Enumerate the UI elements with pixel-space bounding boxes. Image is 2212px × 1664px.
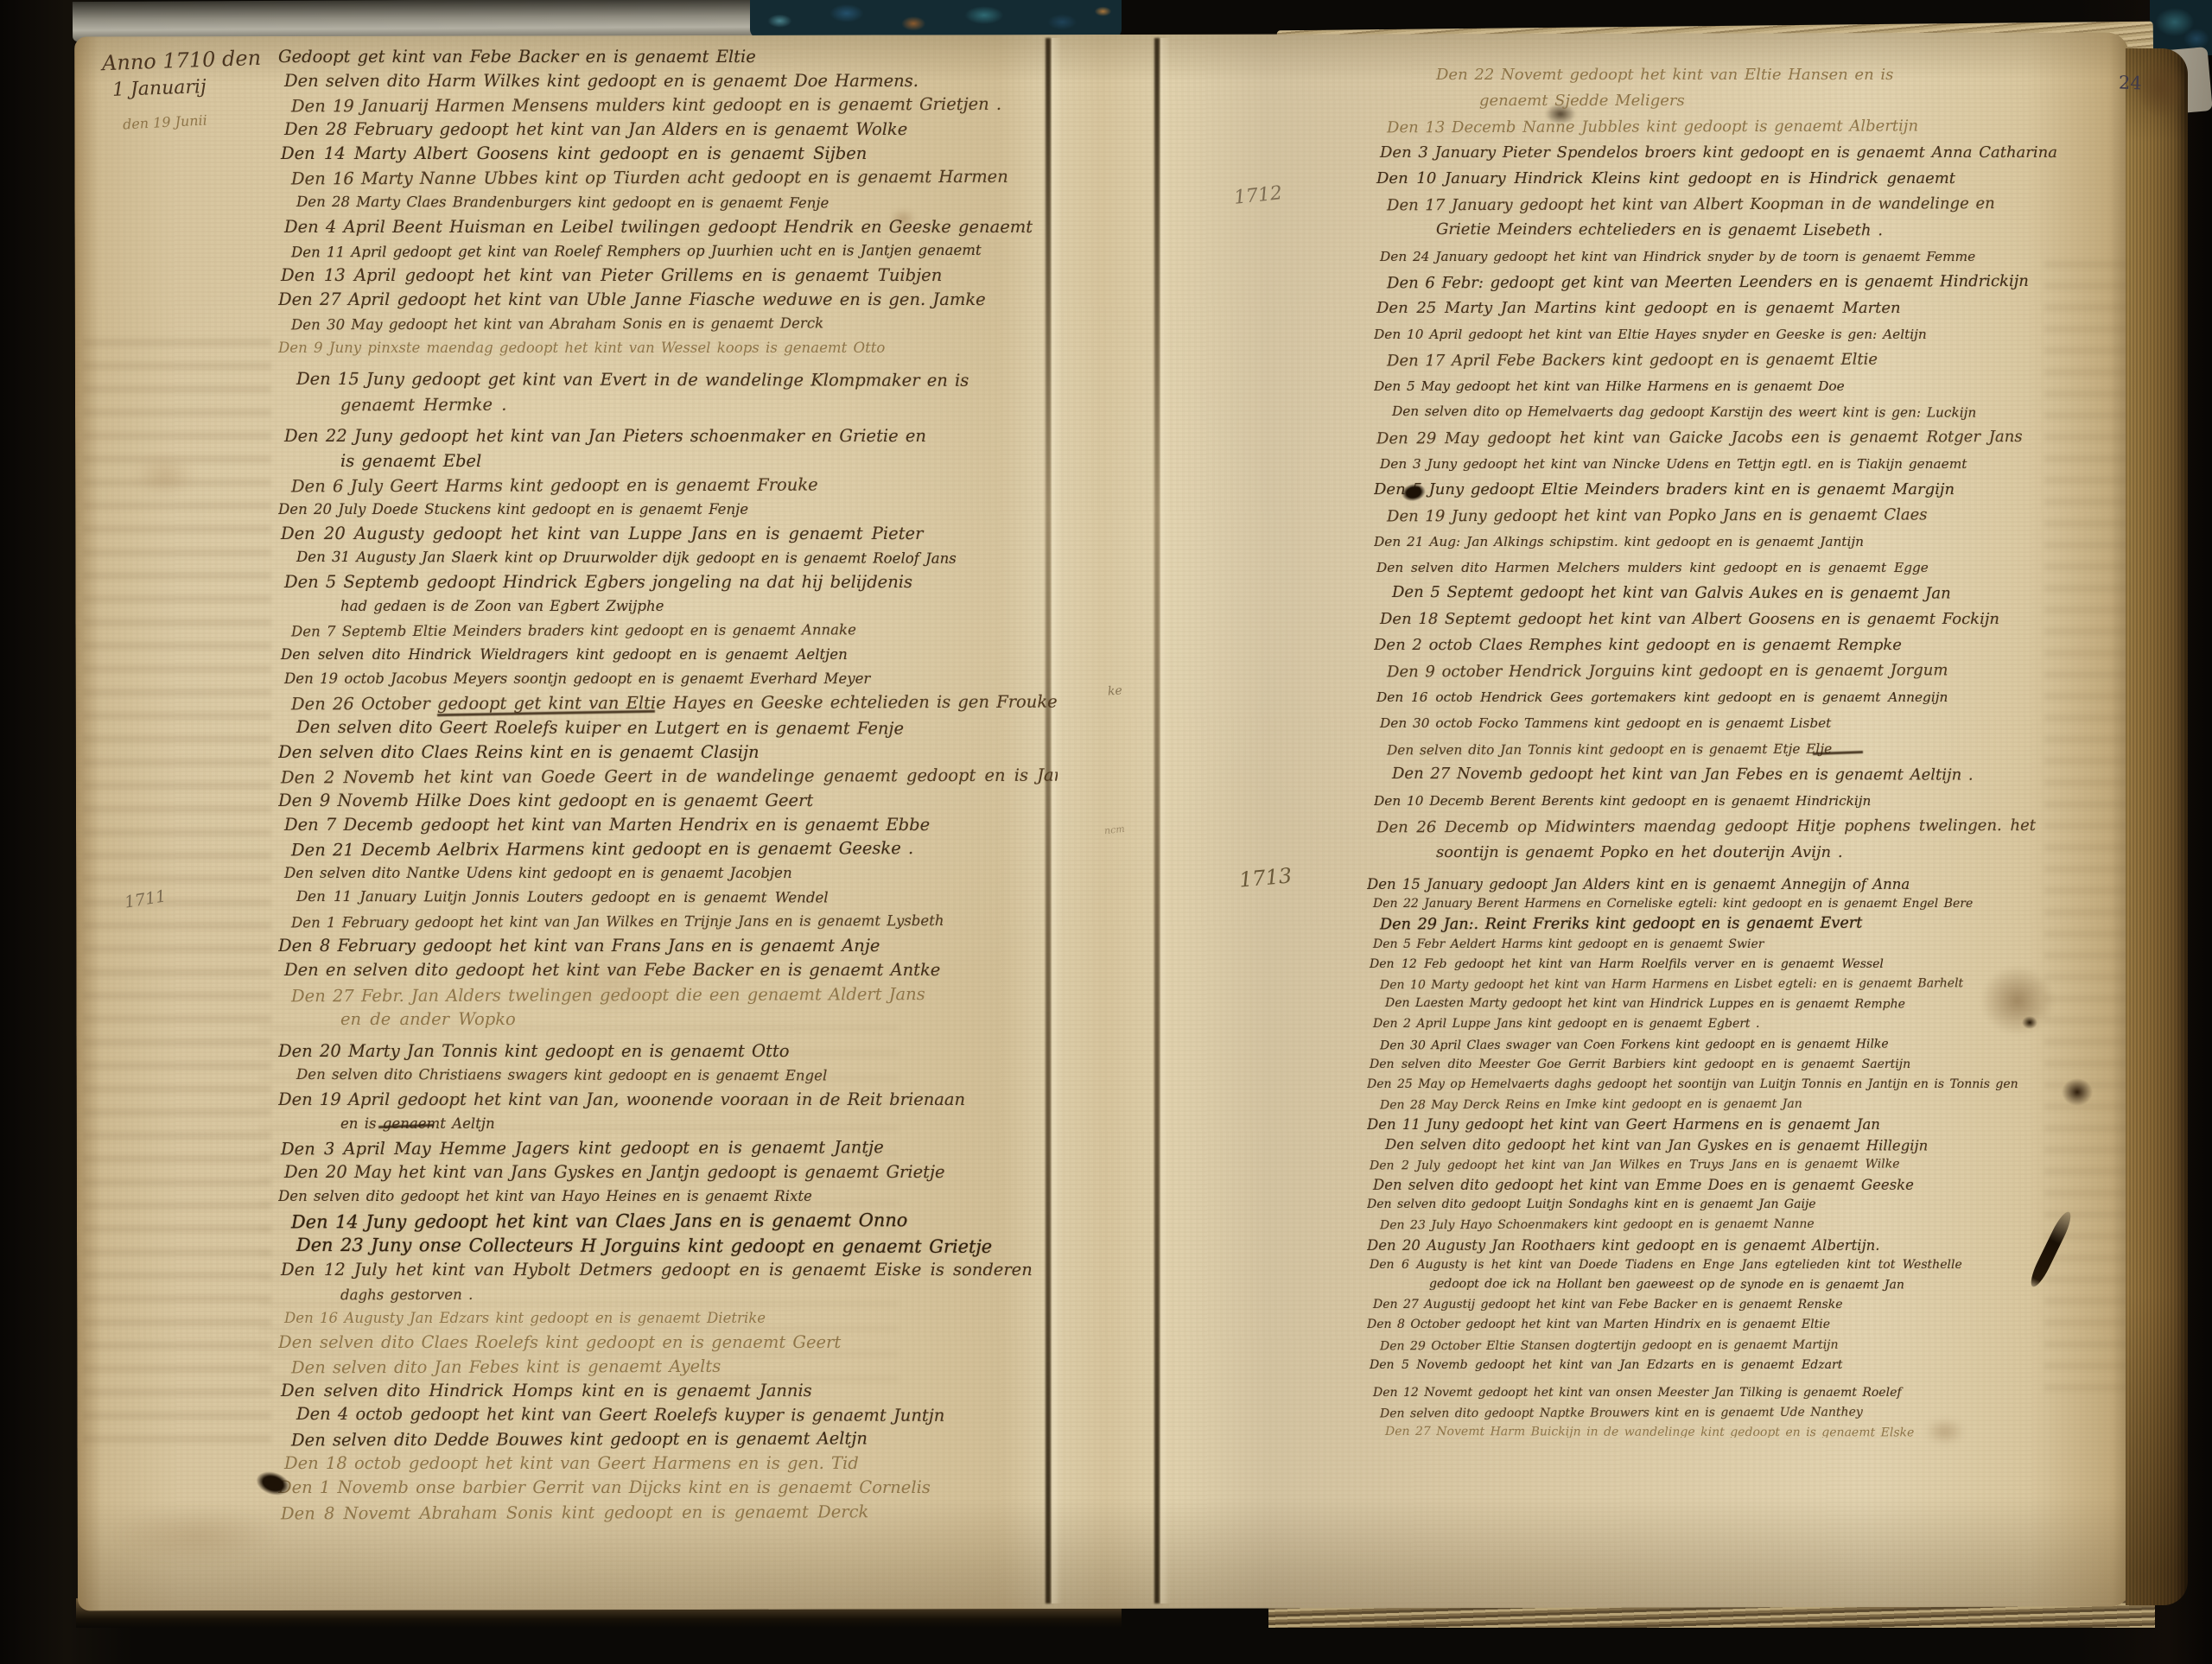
- right-page-entries-1713: Den 15 January gedoopt Jan Alders kint e…: [1367, 874, 2129, 1438]
- register-entry: Den 27 April gedoopt het kint van Uble J…: [278, 288, 1058, 312]
- register-entry: Den 2 April Luppe Jans kint gedoopt en i…: [1373, 1014, 2129, 1034]
- register-entry: Den 2 July gedoopt het kint van Jan Wilk…: [1370, 1153, 2129, 1176]
- register-entry: Den 21 Aug: Jan Alkings schipstim. kint …: [1374, 529, 2129, 555]
- register-entry: Den 18 octob gedoopt het kint van Geert …: [284, 1451, 1058, 1476]
- register-entry: gedoopt doe ick na Hollant ben gaeweest …: [1429, 1274, 2129, 1296]
- register-entry: Den 22 January Berent Harmens en Corneli…: [1373, 894, 2129, 914]
- register-entry: Den 12 Feb gedoopt het kint van Harm Roe…: [1370, 955, 2129, 975]
- register-entry: Den selven dito op Hemelvaerts dag gedoo…: [1392, 398, 2129, 426]
- register-entry: Den 26 October gedoopt get kint van Elti…: [291, 690, 1058, 717]
- register-entry: Den 18 Septemt gedoopt het kint van Albe…: [1380, 607, 2129, 632]
- register-entry: Den 8 February gedoopt het kint van Fran…: [278, 934, 1058, 958]
- register-entry: Den selven dito Claes Reins kint en is g…: [278, 740, 1058, 765]
- register-entry: Den selven dito gedoopt het kint van Hay…: [278, 1184, 1058, 1209]
- register-entry: en de ander Wopko: [340, 1007, 1058, 1032]
- right-page-entries-1712: Den 22 Novemt gedoopt het kint van Eltie…: [1374, 62, 2129, 873]
- register-entry: Den 19 Januarij Harmen Mensens mulders k…: [291, 92, 1058, 119]
- register-entry: Den 6 Augusty is het kint van Doede Tiad…: [1370, 1255, 2129, 1275]
- register-entry: Den 12 Novemt gedoopt het kint van onsen…: [1373, 1383, 2129, 1403]
- register-entry: Den selven dito Christiaens swagers kint…: [296, 1063, 1058, 1089]
- register-entry: Den selven dito Harm Wilkes kint gedoopt…: [284, 69, 1058, 93]
- register-entry: Den 7 Decemb gedoopt het kint van Marten…: [284, 813, 1058, 837]
- register-entry: Den 3 Juny gedoopt het kint van Nincke U…: [1380, 451, 2129, 477]
- register-entry: daghs gestorven .: [340, 1280, 1058, 1307]
- register-entry: Den Laesten Marty gedoopt het kint van H…: [1385, 994, 2129, 1015]
- register-entry: Den 29 October Eltie Stansen dogtertijn …: [1380, 1334, 2129, 1356]
- page-stack-fore-edge: [2126, 48, 2188, 1605]
- register-entry: Den 27 Febr. Jan Alders twelingen gedoop…: [291, 981, 1058, 1008]
- register-entry: Den 11 April gedoopt get kint van Roelef…: [291, 238, 1058, 264]
- register-entry: Den 14 Juny gedoopt het kint van Claes J…: [291, 1208, 1058, 1235]
- gutter-crease-highlight: [1160, 38, 1171, 1604]
- register-entry: Den 15 Juny gedoopt get kint van Evert i…: [296, 367, 1058, 393]
- register-entry: Den 22 Juny gedoopt het kint van Jan Pie…: [284, 424, 1058, 448]
- year-marginal-1713: 1713: [1238, 863, 1293, 892]
- register-entry: Den 1 Novemb onse barbier Gerrit van Dij…: [278, 1476, 1058, 1500]
- register-entry: Den selven dito Hindrick Wieldragers kin…: [281, 643, 1058, 667]
- register-entry: Den selven dito Jan Febes kint is genaem…: [291, 1354, 1058, 1381]
- register-entry: Den 6 July Geert Harms kint gedoopt en i…: [291, 472, 1058, 499]
- marbled-cover-fragment: [750, 0, 1122, 38]
- register-entry: Den 8 Novemt Abraham Sonis kint gedoopt …: [281, 1499, 1058, 1526]
- register-entry: Den 5 Febr Aeldert Harms kint gedoopt en…: [1373, 935, 2129, 955]
- register-entry: Den 26 Decemb op Midwinters maendag gedo…: [1376, 813, 2129, 842]
- register-entry: Den 15 January gedoopt Jan Alders kint e…: [1367, 874, 2129, 894]
- register-entry: Den selven dito gedoopt het kint van Jan…: [1385, 1134, 2129, 1156]
- register-entry: Den 27 Novemb gedoopt het kint van Jan F…: [1392, 761, 2129, 789]
- register-entry: Den 7 Septemb Eltie Meinders braders kin…: [291, 618, 1058, 645]
- register-entry: Den 6 Febr: gedoopt get kint van Meerten…: [1387, 269, 2129, 297]
- register-entry: Den 13 April gedoopt het kint van Pieter…: [281, 264, 1058, 288]
- register-entry: Den 16 octob Hendrick Gees gortemakers k…: [1376, 684, 2129, 710]
- register-entry: Den 8 October gedoopt het kint van Marte…: [1367, 1315, 2129, 1335]
- register-entry: soontijn is genaemt Popko en het douteri…: [1436, 840, 2129, 866]
- register-entry: Den selven dito gedoopt het kint van Emm…: [1373, 1175, 2129, 1195]
- register-entry: genaemt Sjedde Meligers: [1479, 88, 2129, 114]
- register-entry: Den 28 February gedoopt het kint van Jan…: [284, 117, 1058, 142]
- register-entry: Den 13 Decemb Nanne Jubbles kint gedoopt…: [1387, 113, 2129, 142]
- register-entry: Den selven dito gedoopt Luitjn Sondaghs …: [1367, 1195, 2129, 1215]
- register-entry: Den 9 Juny pinxste maendag gedoopt het k…: [278, 336, 1058, 360]
- register-entry: Den 30 octob Focko Tammens kint gedoopt …: [1380, 710, 2129, 736]
- register-entry: Den 25 May op Hemelvaerts daghs gedoopt …: [1367, 1075, 2129, 1095]
- register-entry: is genaemt Ebel: [340, 449, 1058, 473]
- register-entry: Den 5 Novemb gedoopt het kint van Jan Ed…: [1370, 1356, 2129, 1375]
- register-entry: Den 4 April Beent Huisman en Leibel twil…: [284, 215, 1058, 239]
- gutter-scribble: ncm: [1103, 823, 1125, 836]
- baptism-register-scan: Anno 1710 den 1 Januarij den 19 Junii 17…: [0, 0, 2212, 1664]
- register-entry: Den 25 Marty Jan Martins kint gedoopt en…: [1376, 295, 2129, 321]
- register-entry: Den 29 May gedoopt het kint van Gaicke J…: [1376, 424, 2129, 453]
- register-entry: Den 17 January gedoopt het kint van Albe…: [1387, 191, 2129, 219]
- register-entry: Den 16 Augusty Jan Edzars kint gedoopt e…: [284, 1306, 1058, 1331]
- register-entry: Den 20 Augusty Jan Roothaers kint gedoop…: [1367, 1235, 2129, 1255]
- register-entry: Den 20 May het kint van Jans Gyskes en J…: [284, 1160, 1058, 1184]
- register-entry: Den 4 octob gedoopt het kint van Geert R…: [296, 1402, 1058, 1428]
- register-entry: en is genaemt Aeltjn: [340, 1112, 1058, 1136]
- register-entry: Den 5 Juny gedoopt Eltie Meinders brader…: [1374, 477, 2129, 503]
- register-entry: Den 17 April Febe Backers kint gedoopt e…: [1387, 346, 2129, 375]
- register-entry: Den 20 Marty Jan Tonnis kint gedoopt en …: [278, 1039, 1058, 1064]
- left-page-entries: Gedoopt get kint van Febe Backer en is g…: [278, 45, 1058, 1536]
- anno-date-heading: 1 Januarij: [112, 76, 207, 101]
- register-entry: Den 30 May gedoopt het kint van Abraham …: [291, 311, 1058, 338]
- register-entry: Den 21 Decemb Aelbrix Harmens kint gedoo…: [291, 836, 1058, 863]
- register-entry: Den 31 Augusty Jan Slaerk kint op Druurw…: [296, 545, 1058, 571]
- gutter-scribble: ke: [1107, 683, 1122, 698]
- register-entry: Den 16 Marty Nanne Ubbes kint op Tiurden…: [291, 165, 1058, 192]
- register-entry: Den 28 Marty Claes Brandenburgers kint g…: [296, 189, 1058, 215]
- register-entry: Den 12 July het kint van Hybolt Detmers …: [281, 1258, 1058, 1282]
- register-entry: Den 11 January Luitjn Jonnis Louters ged…: [296, 885, 1058, 911]
- register-entry: Den 23 July Hayo Schoenmakers kint gedoo…: [1380, 1214, 2129, 1236]
- register-entry: Den 19 Juny gedoopt het kint van Popko J…: [1387, 502, 2129, 530]
- register-entry: Den 27 Augustij gedoopt het kint van Feb…: [1373, 1295, 2129, 1315]
- register-entry: Den 30 April Claes swager van Coen Forke…: [1380, 1033, 2129, 1056]
- register-entry: Den selven dito Jan Tonnis kint gedoopt …: [1387, 735, 2129, 764]
- register-entry: Den 2 Novemb het kint van Goede Geert in…: [281, 763, 1058, 790]
- register-entry: Den selven dito Geert Roelefs kuiper en …: [296, 715, 1058, 740]
- register-entry: Den 9 Novemb Hilke Does kint gedoopt en …: [278, 789, 1058, 813]
- register-entry: Den 10 April gedoopt het kint van Eltie …: [1374, 321, 2129, 347]
- register-entry: Den 1 February gedoopt het kint van Jan …: [291, 909, 1058, 936]
- register-entry: Den 20 July Doede Stuckens kint gedoopt …: [278, 498, 1058, 522]
- register-entry: Den 22 Novemt gedoopt het kint van Eltie…: [1436, 62, 2129, 88]
- register-entry: Den 10 Marty gedoopt het kint van Harm H…: [1380, 974, 2129, 996]
- register-entry: Den 5 Septemb gedoopt Hindrick Egbers jo…: [284, 570, 1058, 594]
- register-entry: Den 19 octob Jacobus Meyers soontjn gedo…: [284, 667, 1058, 691]
- register-entry: Den 20 Augusty gedoopt het kint van Lupp…: [281, 522, 1058, 546]
- register-entry: Den 9 october Hendrick Jorguins kint ged…: [1387, 657, 2129, 686]
- register-entry: Den en selven dito gedoopt het kint van …: [284, 958, 1058, 982]
- register-entry: Den 28 May Derck Reins en Imke kint gedo…: [1380, 1094, 2129, 1116]
- register-entry: Den selven dito Harmen Melchers mulders …: [1376, 555, 2129, 581]
- register-entry: Den 19 April gedoopt het kint van Jan, w…: [278, 1088, 1058, 1112]
- register-entry: Den 3 January Pieter Spendelos broers ki…: [1380, 140, 2129, 166]
- register-entry: Den selven dito Dedde Bouwes kint gedoop…: [291, 1426, 1058, 1453]
- register-entry: Den 29 Jan:. Reint Freriks kint gedoopt …: [1380, 913, 2129, 936]
- register-entry: Den selven dito gedoopt Naptke Brouwers …: [1380, 1402, 2129, 1425]
- register-entry: Den 11 Juny gedoopt het kint van Geert H…: [1367, 1115, 2129, 1134]
- register-entry: Grietie Meinders echtelieders en is gena…: [1436, 217, 2129, 245]
- register-entry: Den 14 Marty Albert Goosens kint gedoopt…: [281, 142, 1058, 166]
- register-entry: Den 10 Decemb Berent Berents kint gedoop…: [1374, 788, 2129, 814]
- register-entry: Den 5 Septemt gedoopt het kint van Galvi…: [1392, 580, 2129, 607]
- register-entry: Den selven dito Hindrick Homps kint en i…: [281, 1379, 1058, 1403]
- register-entry: Den 27 Novemt Harm Buickijn in de wandel…: [1385, 1422, 2129, 1438]
- gutter-crease-right: [1154, 38, 1160, 1604]
- register-entry: Gedoopt get kint van Febe Backer en is g…: [278, 45, 1058, 69]
- register-entry: Den selven dito Claes Roelefs kint gedoo…: [278, 1331, 1058, 1355]
- register-entry: genaemt Hermke .: [340, 391, 1058, 418]
- register-entry: Den 3 April May Hemme Jagers kint gedoop…: [281, 1135, 1058, 1162]
- register-entry: Den 2 octob Claes Remphes kint gedoopt e…: [1374, 632, 2129, 658]
- register-entry: Den 24 January gedoopt het kint van Hind…: [1380, 244, 2129, 270]
- register-entry: Den 5 May gedoopt het kint van Hilke Har…: [1374, 373, 2129, 399]
- register-entry: Den 23 Juny onse Collecteurs H Jorguins …: [296, 1232, 1058, 1258]
- register-entry: had gedaen is de Zoon van Egbert Zwijphe: [340, 594, 1058, 619]
- register-entry: Den selven dito Meester Goe Gerrit Barbi…: [1370, 1055, 2129, 1075]
- register-entry: Den 10 January Hindrick Kleins kint gedo…: [1376, 166, 2129, 192]
- register-entry: Den selven dito Nantke Udens kint gedoop…: [284, 861, 1058, 886]
